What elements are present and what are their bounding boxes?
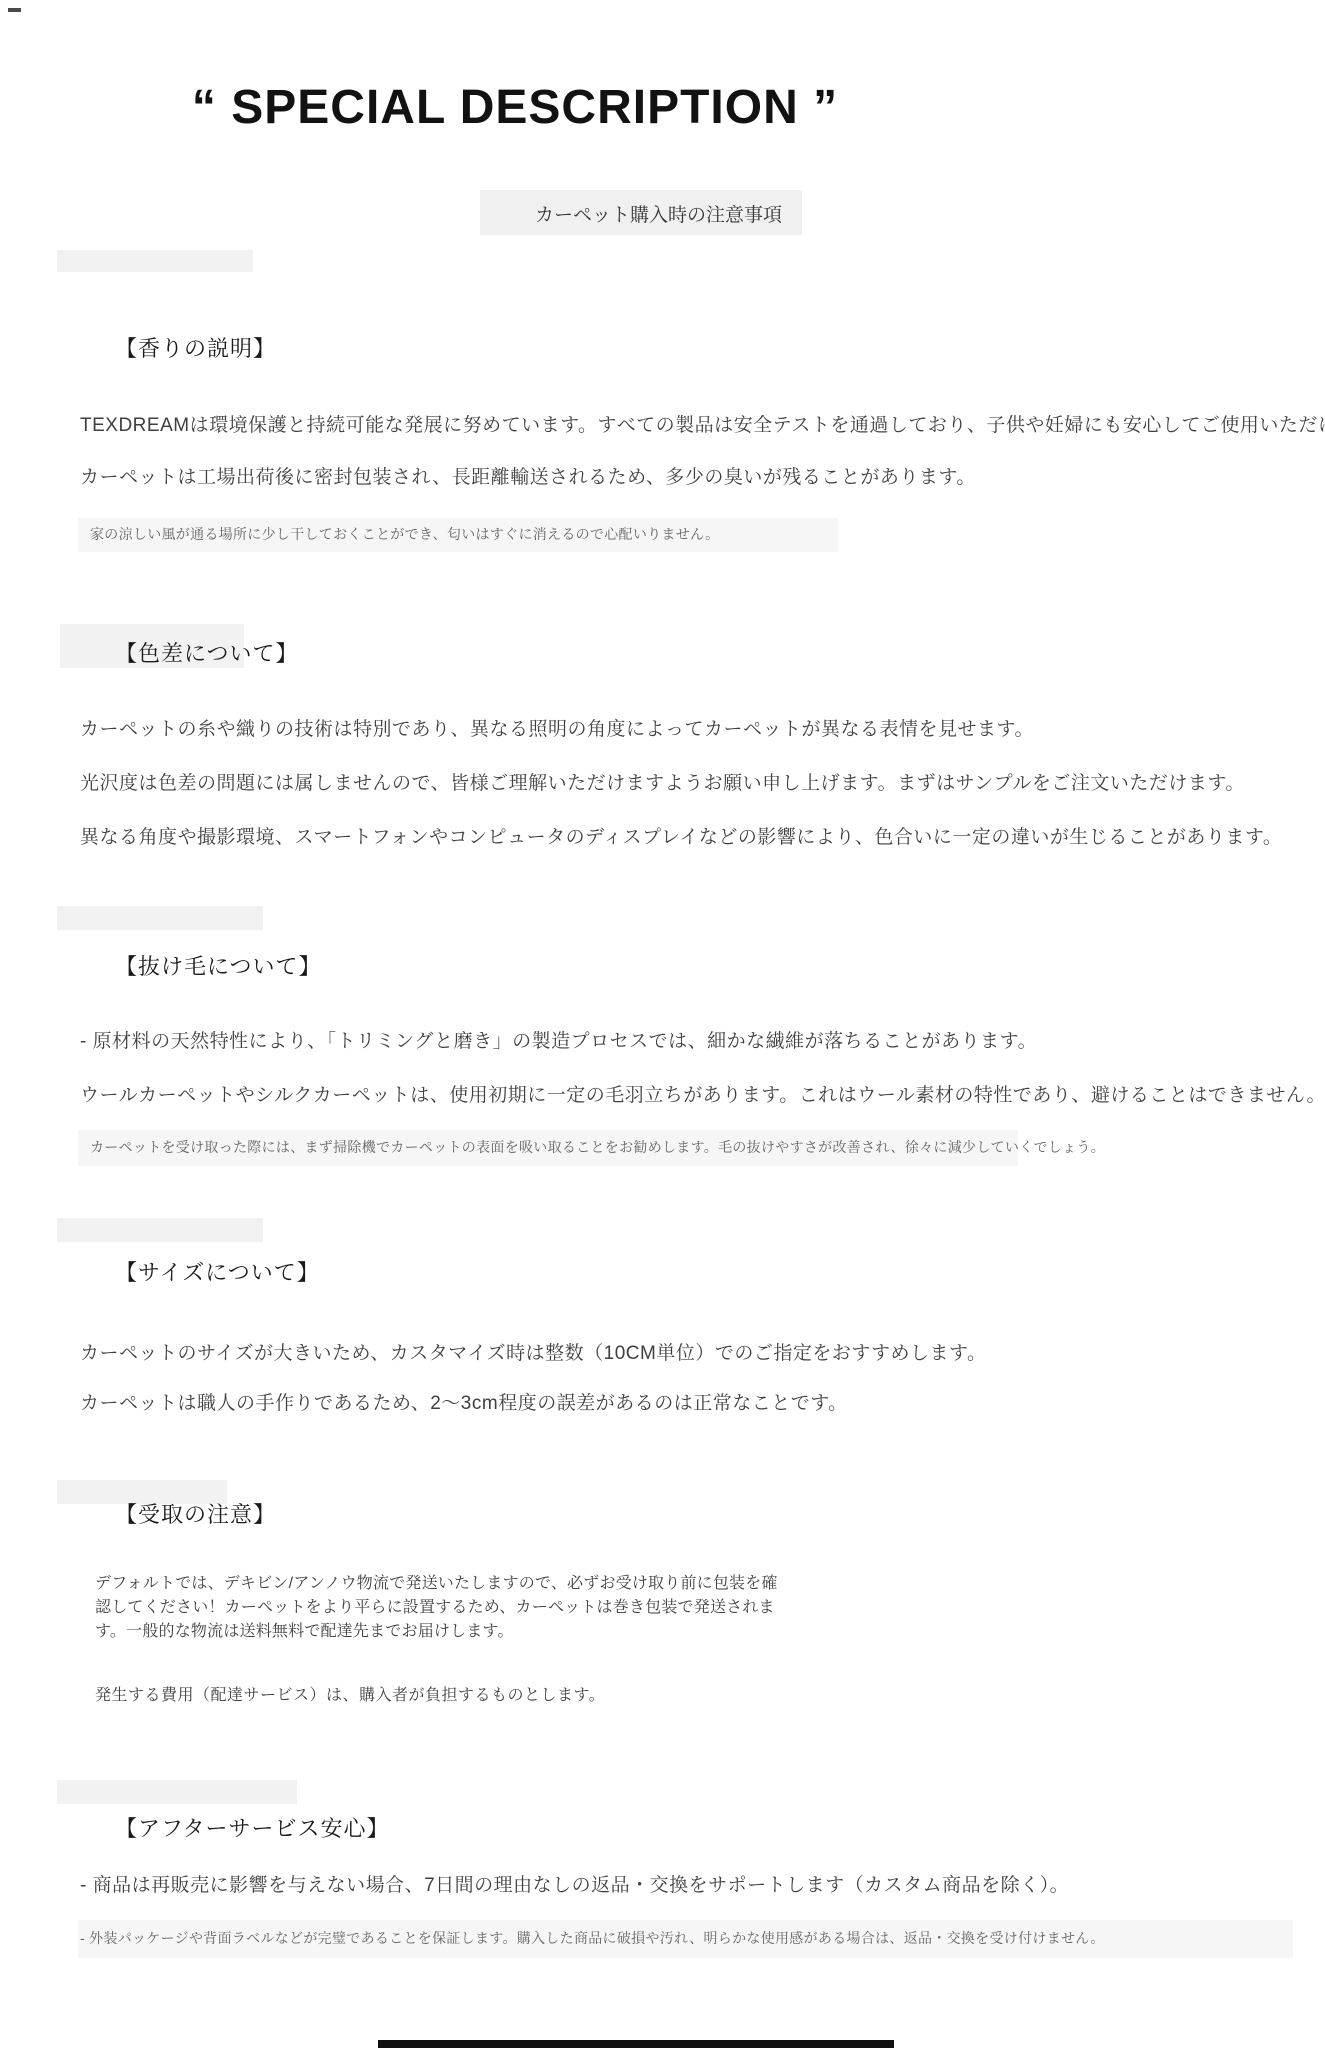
body-line: 光沢度は色差の問題には属しませんので、皆様ご理解いただけますようお願い申し上げま… xyxy=(80,768,1245,795)
body-line: カーペットのサイズが大きいため、カスタマイズ時は整数（10CM単位）でのご指定を… xyxy=(80,1338,987,1365)
note-line: - 外装パッケージや背面ラベルなどが完璧であることを保証します。購入した商品に破… xyxy=(80,1928,1105,1948)
top-left-dash xyxy=(8,8,21,12)
body-line: カーペットは職人の手作りであるため、2〜3cm程度の誤差があるのは正常なことです… xyxy=(80,1388,848,1415)
section-heading-scent: 【香りの説明】 xyxy=(115,332,276,363)
section-heading-receiving: 【受取の注意】 xyxy=(115,1498,276,1529)
artifact-box xyxy=(57,250,253,272)
section-heading-shedding: 【抜け毛について】 xyxy=(115,950,322,981)
body-line: ウールカーペットやシルクカーペットは、使用初期に一定の毛羽立ちがあります。これは… xyxy=(80,1080,1325,1107)
section-heading-after-service: 【アフターサービス安心】 xyxy=(115,1812,389,1843)
artifact-box xyxy=(57,1218,263,1242)
note-line: カーペットを受け取った際には、まず掃除機でカーペットの表面を吸い取ることをお勧め… xyxy=(90,1137,1105,1157)
page-subtitle: カーペット購入時の注意事項 xyxy=(535,200,782,227)
body-line: - 商品は再販売に影響を与えない場合、7日間の理由なしの返品・交換をサポートしま… xyxy=(80,1870,1069,1897)
body-line: 発生する費用（配達サービス）は、購入者が負担するものとします。 xyxy=(95,1682,605,1705)
shipping-paragraph: デフォルトでは、デキビン/アンノウ物流で発送いたしますので、必ずお受け取り前に包… xyxy=(95,1572,787,1644)
body-line: TEXDREAMは環境保護と持続可能な発展に努めています。すべての製品は安全テス… xyxy=(80,410,1325,437)
note-line: 家の涼しい風が通る場所に少し干しておくことができ、匂いはすぐに消えるので心配いり… xyxy=(90,524,719,544)
artifact-box xyxy=(57,1780,297,1804)
artifact-box xyxy=(57,906,263,930)
section-heading-size: 【サイズについて】 xyxy=(115,1256,320,1287)
next-section-divider xyxy=(378,2040,894,2048)
body-line: 異なる角度や撮影環境、スマートフォンやコンピュータのディスプレイなどの影響により… xyxy=(80,822,1282,849)
body-line: カーペットは工場出荷後に密封包装され、長距離輸送されるため、多少の臭いが残ること… xyxy=(80,462,976,489)
section-heading-color-difference: 【色差について】 xyxy=(115,637,299,668)
page-title: “ SPECIAL DESCRIPTION ” xyxy=(0,80,1030,135)
body-line: - 原材料の天然特性により、「トリミングと磨き」の製造プロセスでは、細かな繊維が… xyxy=(80,1026,1037,1053)
special-description-page: “ SPECIAL DESCRIPTION ” カーペット購入時の注意事項 【香… xyxy=(0,0,1325,2048)
body-line: カーペットの糸や織りの技術は特別であり、異なる照明の角度によってカーペットが異な… xyxy=(80,714,1034,741)
